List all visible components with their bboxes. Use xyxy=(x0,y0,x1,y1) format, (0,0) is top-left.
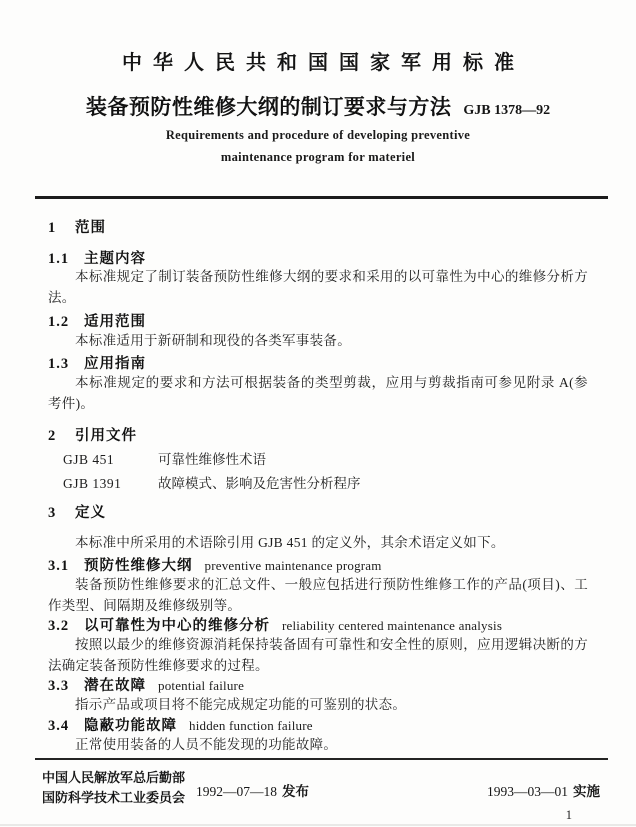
document-page: 中华人民共和国国家军用标准 装备预防性维修大纲的制订要求与方法GJB 1378—… xyxy=(0,0,636,827)
issuer-line2: 国防科学技术工业委员会 xyxy=(42,788,185,808)
clause-1-1-heading: 1.1主题内容 xyxy=(48,247,588,268)
issuer-line1: 中国人民解放军总后勤部 xyxy=(42,768,185,788)
term-number: 3.2 xyxy=(48,618,84,635)
section-number: 1 xyxy=(48,220,75,237)
section-title: 定义 xyxy=(75,505,106,521)
impl-date-label: 实施 xyxy=(573,784,600,799)
term-name-en: reliability centered maintenance analysi… xyxy=(282,618,502,633)
term-name-cn: 以可靠性为中心的维修分析 xyxy=(84,618,270,634)
issue-date-value: 1992—07—18 xyxy=(196,784,277,799)
term-3-1-heading: 3.1预防性维修大纲preventive maintenance program xyxy=(48,554,588,575)
reference-title: 故障模式、影响及危害性分析程序 xyxy=(158,476,361,491)
term-name-cn: 潜在故障 xyxy=(84,678,146,694)
clause-1-2-text: 本标准适用于新研制和现役的各类军事装备。 xyxy=(48,330,588,351)
title-row: 装备预防性维修大纲的制订要求与方法GJB 1378—92 xyxy=(0,91,636,121)
reference-list: GJB 451可靠性维修性术语 GJB 1391故障模式、影响及危害性分析程序 xyxy=(48,448,588,496)
impl-date-value: 1993—03—01 xyxy=(487,784,568,799)
clause-number: 1.3 xyxy=(48,356,84,373)
title-english-line2: maintenance program for materiel xyxy=(0,150,636,165)
reference-item: GJB 1391故障模式、影响及危害性分析程序 xyxy=(48,472,588,496)
scan-edge xyxy=(0,824,636,826)
clause-1-3-heading: 1.3应用指南 xyxy=(48,352,588,373)
section-number: 2 xyxy=(48,428,75,445)
reference-code: GJB 451 xyxy=(63,448,158,472)
document-title: 装备预防性维修大纲的制订要求与方法 xyxy=(86,96,452,119)
clause-1-3-text: 本标准规定的要求和方法可根据装备的类型剪裁，应用与剪裁指南可参见附录 A(参考件… xyxy=(48,372,588,414)
term-3-1-definition: 装备预防性维修要求的汇总文件、一般应包括进行预防性维修工作的产品(项目)、工作类… xyxy=(48,574,588,616)
term-name-en: preventive maintenance program xyxy=(205,558,382,573)
term-name-en: potential failure xyxy=(158,678,244,693)
issuing-authorities: 中国人民解放军总后勤部 国防科学技术工业委员会 xyxy=(42,768,185,808)
issue-date-label: 发布 xyxy=(282,784,309,799)
term-3-2-heading: 3.2以可靠性为中心的维修分析reliability centered main… xyxy=(48,614,588,635)
term-number: 3.3 xyxy=(48,678,84,695)
term-3-3-heading: 3.3潜在故障potential failure xyxy=(48,674,588,695)
clause-title: 适用范围 xyxy=(84,314,146,330)
term-name-cn: 隐蔽功能故障 xyxy=(84,718,177,734)
term-3-4-heading: 3.4隐蔽功能故障hidden function failure xyxy=(48,714,588,735)
issue-date: 1992—07—18发布 xyxy=(196,780,309,800)
term-3-4-definition: 正常使用装备的人员不能发现的功能故障。 xyxy=(48,734,588,755)
term-number: 3.4 xyxy=(48,718,84,735)
section-3-intro: 本标准中所采用的术语除引用 GJB 451 的定义外，其余术语定义如下。 xyxy=(48,532,588,553)
section-1-heading: 1范围 xyxy=(48,216,588,237)
footer-rule xyxy=(35,758,608,760)
section-title: 范围 xyxy=(75,220,106,236)
section-number: 3 xyxy=(48,505,75,522)
reference-title: 可靠性维修性术语 xyxy=(158,452,266,467)
header-rule xyxy=(35,196,608,199)
term-3-3-definition: 指示产品或项目将不能完成规定功能的可鉴别的状态。 xyxy=(48,694,588,715)
reference-item: GJB 451可靠性维修性术语 xyxy=(48,448,588,472)
page-number: 1 xyxy=(566,808,572,823)
title-english-line1: Requirements and procedure of developing… xyxy=(0,128,636,143)
standard-number: GJB 1378—92 xyxy=(463,103,550,118)
implementation-date: 1993—03—01实施 xyxy=(487,780,600,800)
clause-1-2-heading: 1.2适用范围 xyxy=(48,310,588,331)
term-name-en: hidden function failure xyxy=(189,718,313,733)
clause-number: 1.2 xyxy=(48,314,84,331)
term-number: 3.1 xyxy=(48,558,84,575)
section-3-heading: 3定义 xyxy=(48,501,588,522)
section-title: 引用文件 xyxy=(75,428,137,444)
clause-title: 主题内容 xyxy=(84,251,146,267)
clause-title: 应用指南 xyxy=(84,356,146,372)
clause-1-1-text: 本标准规定了制订装备预防性维修大纲的要求和采用的以可靠性为中心的维修分析方法。 xyxy=(48,266,588,308)
section-2-heading: 2引用文件 xyxy=(48,424,588,445)
term-name-cn: 预防性维修大纲 xyxy=(84,558,193,574)
term-3-2-definition: 按照以最少的维修资源消耗保持装备固有可靠性和安全性的原则，应用逻辑决断的方法确定… xyxy=(48,634,588,676)
reference-code: GJB 1391 xyxy=(63,472,158,496)
standard-type-heading: 中华人民共和国国家军用标准 xyxy=(0,46,636,75)
